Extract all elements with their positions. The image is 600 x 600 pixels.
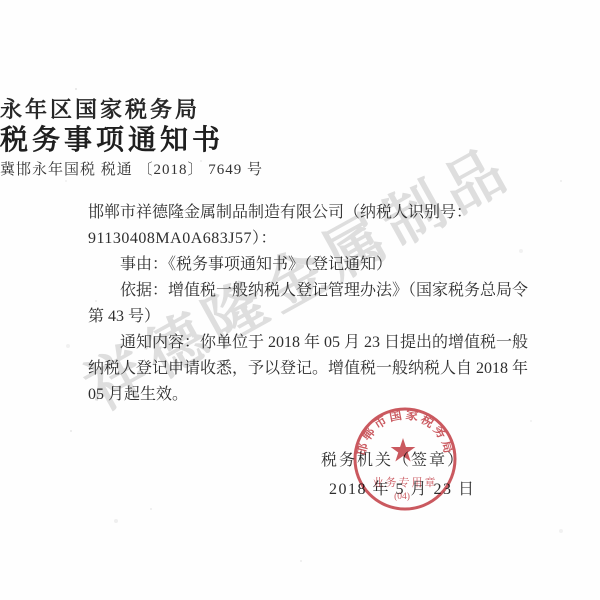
notice-content-line-1: 通知内容：你单位于 2018 年 05 月 23 日提出的增值税一般: [88, 330, 518, 356]
scanned-tax-notice-document: 祥德隆金属制品 永年区国家税务局 税务事项通知书 冀邯永年国税 税通 〔2018…: [0, 0, 600, 600]
basis-line-1: 依据：增值税一般纳税人登记管理办法》（国家税务总局令: [88, 278, 518, 304]
basis-line-2: 第 43 号）: [88, 304, 518, 330]
document-number: 冀邯永年国税 税通 〔2018〕 7649 号: [0, 158, 600, 179]
subject-line: 事由：《税务事项通知书》（登记通知）: [88, 252, 518, 278]
signature-authority-label: 税务机关（签章）: [321, 447, 465, 470]
scan-dust-specks: [75, 88, 77, 90]
document-title: 税务事项通知书: [0, 118, 600, 158]
signature-date: 2018 年 5 月 23 日: [329, 476, 476, 499]
notice-content-line-3: 05 月起生效。: [88, 382, 518, 408]
recipient-company-line: 邯郸市祥德隆金属制品制造有限公司（纳税人识别号：: [88, 200, 518, 226]
document-body: 邯郸市祥德隆金属制品制造有限公司（纳税人识别号： 91130408MA0A683…: [88, 200, 518, 408]
notice-content-line-2: 纳税人登记申请收悉，予以登记。增值税一般纳税人自 2018 年: [88, 356, 518, 382]
taxpayer-id-line: 91130408MA0A683J57）：: [88, 226, 518, 252]
